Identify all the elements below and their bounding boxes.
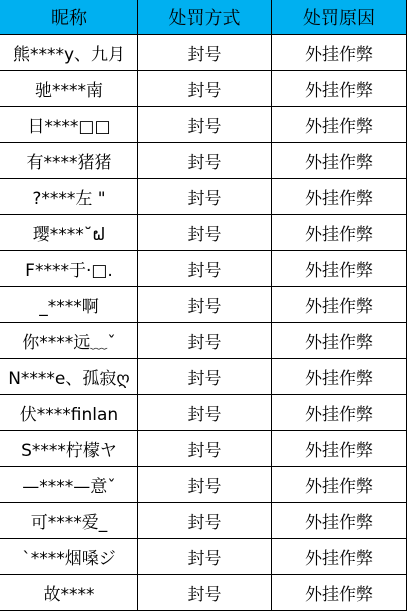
penalty-method-cell: 封号 (138, 575, 272, 611)
nickname-cell: 故**** (1, 575, 138, 611)
nickname-cell: 有****猪猪 (1, 143, 138, 179)
penalty-reason-cell: 外挂作弊 (272, 539, 407, 575)
column-header-penalty-method: 处罚方式 (138, 0, 272, 35)
nickname-cell: 伏****finlan (1, 395, 138, 431)
penalty-reason-cell: 外挂作弊 (272, 35, 407, 71)
table-row: 故**** 封号 外挂作弊 (1, 575, 407, 611)
table-row: 日****□□ 封号 外挂作弊 (1, 107, 407, 143)
penalty-reason-cell: 外挂作弊 (272, 143, 407, 179)
penalty-method-cell: 封号 (138, 107, 272, 143)
table-row: ?****左 " 封号 外挂作弊 (1, 179, 407, 215)
nickname-cell: 璎****˘ຝ (1, 215, 138, 251)
penalty-reason-cell: 外挂作弊 (272, 323, 407, 359)
table-row: ˋ****烟嗓ジ 封号 外挂作弊 (1, 539, 407, 575)
table-row: F****于·□. 封号 外挂作弊 (1, 251, 407, 287)
nickname-cell: S****柠檬ヤ (1, 431, 138, 467)
penalty-reason-cell: 外挂作弊 (272, 359, 407, 395)
nickname-cell: ?****左 " (1, 179, 138, 215)
penalty-method-cell: 封号 (138, 503, 272, 539)
penalty-method-cell: 封号 (138, 71, 272, 107)
table-row: 熊****y、九月 封号 外挂作弊 (1, 35, 407, 71)
penalty-reason-cell: 外挂作弊 (272, 287, 407, 323)
penalty-reason-cell: 外挂作弊 (272, 575, 407, 611)
table-row: N****e、孤寂ღ 封号 外挂作弊 (1, 359, 407, 395)
penalty-method-cell: 封号 (138, 251, 272, 287)
penalty-method-cell: 封号 (138, 35, 272, 71)
penalty-method-cell: 封号 (138, 359, 272, 395)
nickname-cell: —****—意ˇ (1, 467, 138, 503)
penalty-reason-cell: 外挂作弊 (272, 431, 407, 467)
table-row: 驰****南 封号 外挂作弊 (1, 71, 407, 107)
penalty-reason-cell: 外挂作弊 (272, 215, 407, 251)
penalty-method-cell: 封号 (138, 287, 272, 323)
table-row: S****柠檬ヤ 封号 外挂作弊 (1, 431, 407, 467)
nickname-cell: 驰****南 (1, 71, 138, 107)
penalty-method-cell: 封号 (138, 431, 272, 467)
table-row: 有****猪猪 封号 外挂作弊 (1, 143, 407, 179)
penalty-reason-cell: 外挂作弊 (272, 251, 407, 287)
penalty-method-cell: 封号 (138, 539, 272, 575)
penalty-reason-cell: 外挂作弊 (272, 107, 407, 143)
penalty-table: 昵称 处罚方式 处罚原因 熊****y、九月 封号 外挂作弊 驰****南 封号… (0, 0, 407, 611)
penalty-method-cell: 封号 (138, 179, 272, 215)
table-row: —****—意ˇ 封号 外挂作弊 (1, 467, 407, 503)
table-row: _****啊 封号 外挂作弊 (1, 287, 407, 323)
table-header-row: 昵称 处罚方式 处罚原因 (1, 0, 407, 35)
table-row: 伏****finlan 封号 外挂作弊 (1, 395, 407, 431)
nickname-cell: N****e、孤寂ღ (1, 359, 138, 395)
penalty-reason-cell: 外挂作弊 (272, 179, 407, 215)
column-header-nickname: 昵称 (1, 0, 138, 35)
table-row: 璎****˘ຝ 封号 外挂作弊 (1, 215, 407, 251)
table-row: 你****远﹏ˇ 封号 外挂作弊 (1, 323, 407, 359)
penalty-method-cell: 封号 (138, 215, 272, 251)
table-row: 可****爱_ 封号 外挂作弊 (1, 503, 407, 539)
nickname-cell: 日****□□ (1, 107, 138, 143)
nickname-cell: 可****爱_ (1, 503, 138, 539)
penalty-method-cell: 封号 (138, 323, 272, 359)
penalty-reason-cell: 外挂作弊 (272, 395, 407, 431)
nickname-cell: 熊****y、九月 (1, 35, 138, 71)
nickname-cell: 你****远﹏ˇ (1, 323, 138, 359)
penalty-method-cell: 封号 (138, 143, 272, 179)
penalty-reason-cell: 外挂作弊 (272, 503, 407, 539)
penalty-reason-cell: 外挂作弊 (272, 71, 407, 107)
nickname-cell: _****啊 (1, 287, 138, 323)
penalty-method-cell: 封号 (138, 467, 272, 503)
penalty-reason-cell: 外挂作弊 (272, 467, 407, 503)
column-header-penalty-reason: 处罚原因 (272, 0, 407, 35)
nickname-cell: ˋ****烟嗓ジ (1, 539, 138, 575)
nickname-cell: F****于·□. (1, 251, 138, 287)
penalty-method-cell: 封号 (138, 395, 272, 431)
